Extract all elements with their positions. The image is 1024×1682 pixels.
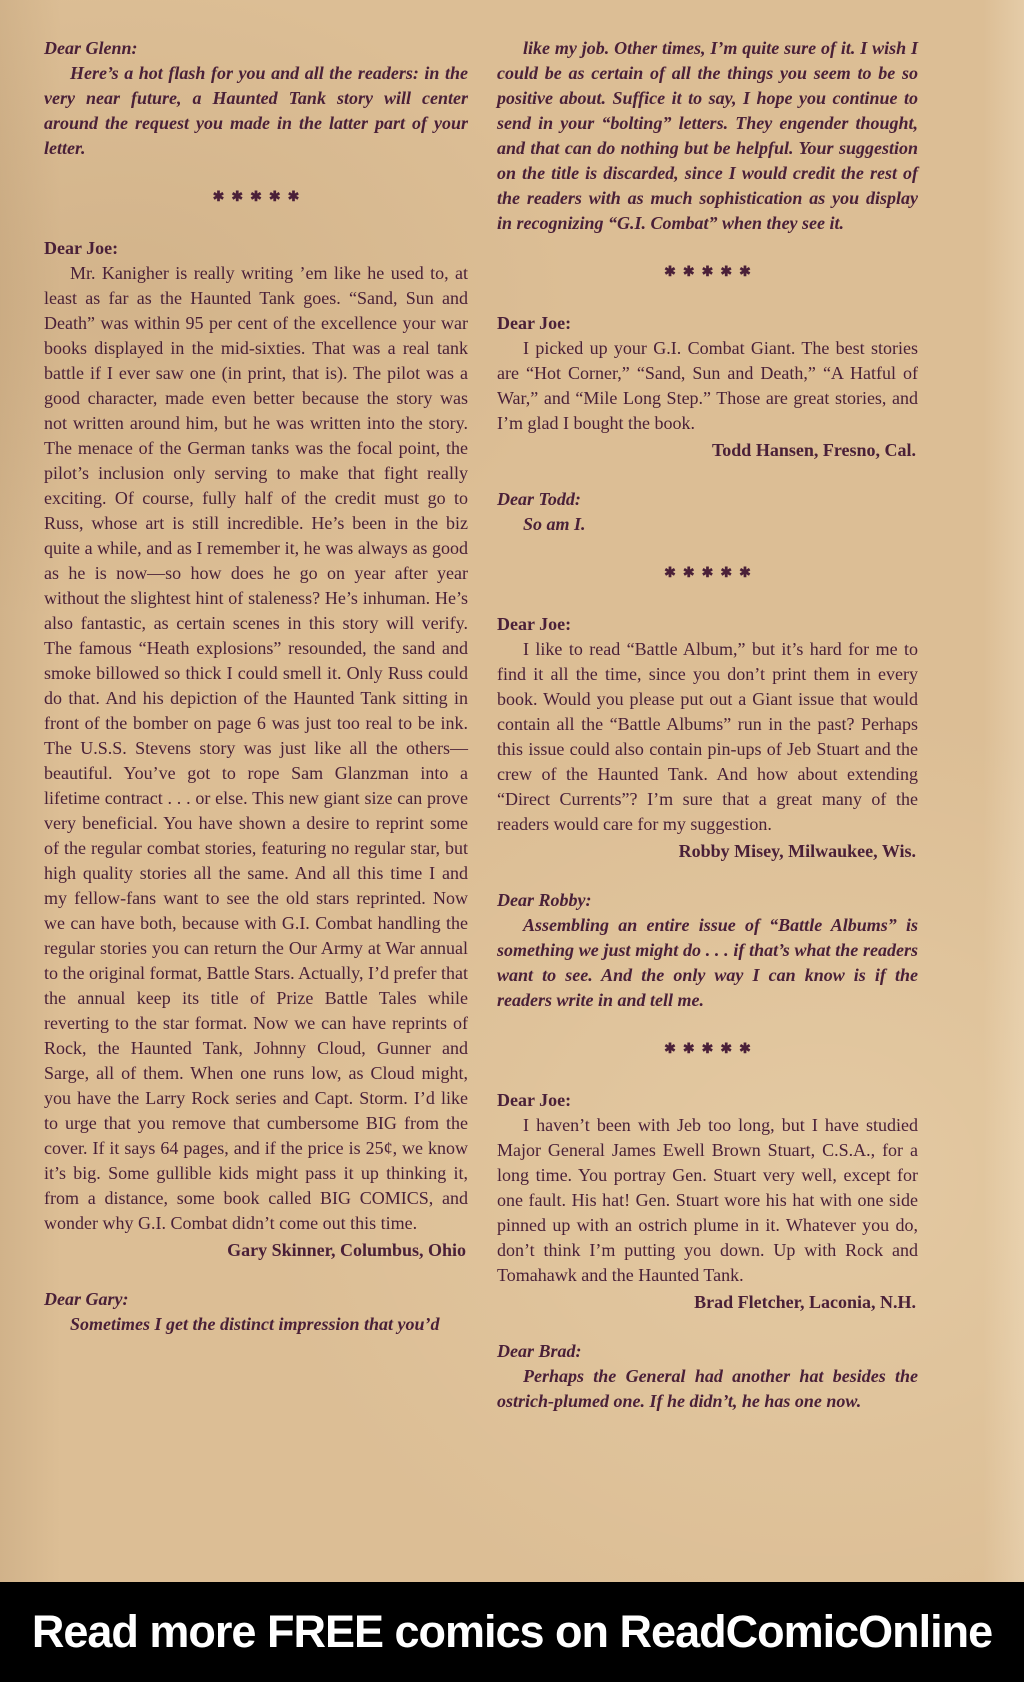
letter-signature: Robby Misey, Milwaukee, Wis. bbox=[497, 839, 918, 864]
salutation: Dear Todd: bbox=[497, 487, 918, 512]
salutation: Dear Joe: bbox=[44, 236, 468, 261]
section-separator: ✱✱✱✱✱ bbox=[497, 561, 918, 586]
reader-letter: Dear Joe:Mr. Kanigher is really writing … bbox=[44, 236, 468, 1263]
editor-reply: Dear Robby:Assembling an entire issue of… bbox=[497, 888, 918, 1013]
section-separator: ✱✱✱✱✱ bbox=[497, 1037, 918, 1062]
letter-body: Assembling an entire issue of “Battle Al… bbox=[497, 913, 918, 1013]
reader-letter: Dear Joe:I like to read “Battle Album,” … bbox=[497, 612, 918, 864]
letter-body: like my job. Other times, I’m quite sure… bbox=[497, 36, 918, 236]
section-separator: ✱✱✱✱✱ bbox=[44, 185, 468, 210]
salutation: Dear Glenn: bbox=[44, 36, 468, 61]
letters-page: Dear Glenn:Here’s a hot flash for you an… bbox=[0, 0, 1024, 1682]
letter-signature: Gary Skinner, Columbus, Ohio bbox=[44, 1238, 468, 1263]
editor-reply: Dear Brad:Perhaps the General had anothe… bbox=[497, 1339, 918, 1414]
section-separator: ✱✱✱✱✱ bbox=[497, 260, 918, 285]
readcomiconline-banner[interactable]: Read more FREE comics on ReadComicOnline bbox=[0, 1582, 1024, 1682]
letter-signature: Brad Fletcher, Laconia, N.H. bbox=[497, 1290, 918, 1315]
banner-text[interactable]: Read more FREE comics on ReadComicOnline bbox=[32, 1606, 992, 1658]
letter-signature: Todd Hansen, Fresno, Cal. bbox=[497, 438, 918, 463]
salutation: Dear Robby: bbox=[497, 888, 918, 913]
editor-reply: Dear Gary:Sometimes I get the distinct i… bbox=[44, 1287, 468, 1337]
salutation: Dear Joe: bbox=[497, 311, 918, 336]
right-column: like my job. Other times, I’m quite sure… bbox=[497, 36, 918, 1438]
salutation: Dear Joe: bbox=[497, 612, 918, 637]
reader-letter: Dear Joe:I picked up your G.I. Combat Gi… bbox=[497, 311, 918, 463]
reader-letter: Dear Joe:I haven’t been with Jeb too lon… bbox=[497, 1088, 918, 1315]
salutation: Dear Gary: bbox=[44, 1287, 468, 1312]
letter-body: Perhaps the General had another hat besi… bbox=[497, 1364, 918, 1414]
editor-reply: like my job. Other times, I’m quite sure… bbox=[497, 36, 918, 236]
letter-body: I like to read “Battle Album,” but it’s … bbox=[497, 637, 918, 837]
letter-body: So am I. bbox=[497, 512, 918, 537]
letter-body: Mr. Kanigher is really writing ’em like … bbox=[44, 261, 468, 1236]
salutation: Dear Joe: bbox=[497, 1088, 918, 1113]
letter-body: I haven’t been with Jeb too long, but I … bbox=[497, 1113, 918, 1288]
editor-reply: Dear Glenn:Here’s a hot flash for you an… bbox=[44, 36, 468, 161]
letter-body: Here’s a hot flash for you and all the r… bbox=[44, 61, 468, 161]
letter-body: Sometimes I get the distinct impression … bbox=[44, 1312, 468, 1337]
salutation: Dear Brad: bbox=[497, 1339, 918, 1364]
letter-body: I picked up your G.I. Combat Giant. The … bbox=[497, 336, 918, 436]
editor-reply: Dear Todd:So am I. bbox=[497, 487, 918, 537]
left-column: Dear Glenn:Here’s a hot flash for you an… bbox=[44, 36, 468, 1361]
